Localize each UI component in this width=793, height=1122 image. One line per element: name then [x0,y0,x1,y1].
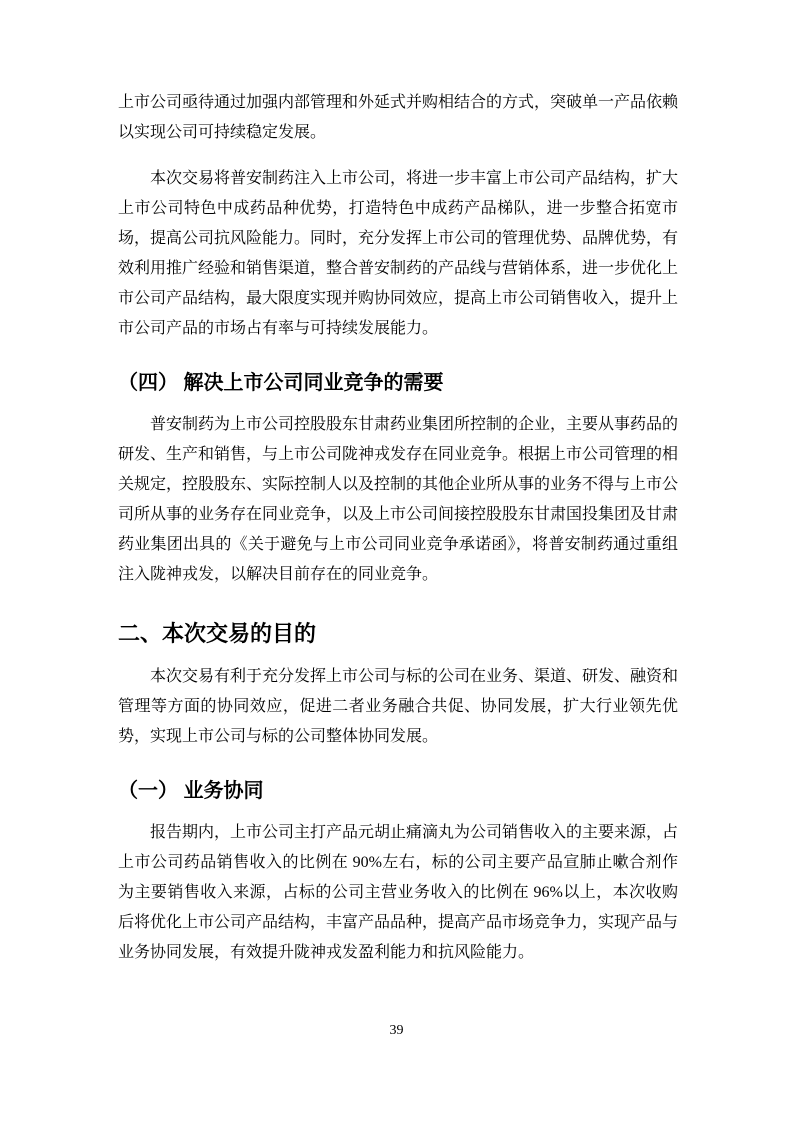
heading-chapter-2-purpose: 二、本次交易的目的 [118,618,678,650]
heading-section-4-competition: （四） 解决上市公司同业竞争的需要 [118,368,678,398]
document-body: 上市公司亟待通过加强内部管理和外延式并购相结合的方式，突破单一产品依赖以实现公司… [118,88,678,984]
paragraph-purpose: 本次交易有利于充分发挥上市公司与标的公司在业务、渠道、研发、融资和管理等方面的协… [118,662,678,752]
paragraph-competition: 普安制药为上市公司控股股东甘肃药业集团所控制的企业，主要从事药品的研发、生产和销… [118,410,678,590]
paragraph-business-synergy: 报告期内，上市公司主打产品元胡止痛滴丸为公司销售收入的主要来源，占上市公司药品销… [118,818,678,968]
page-number: 39 [0,1022,793,1040]
paragraph-continued: 上市公司亟待通过加强内部管理和外延式并购相结合的方式，突破单一产品依赖以实现公司… [118,88,678,148]
heading-section-1-business-synergy: （一） 业务协同 [118,776,678,806]
paragraph-transaction-benefits: 本次交易将普安制药注入上市公司，将进一步丰富上市公司产品结构，扩大上市公司特色中… [118,164,678,344]
document-page: 上市公司亟待通过加强内部管理和外延式并购相结合的方式，突破单一产品依赖以实现公司… [0,0,793,1122]
